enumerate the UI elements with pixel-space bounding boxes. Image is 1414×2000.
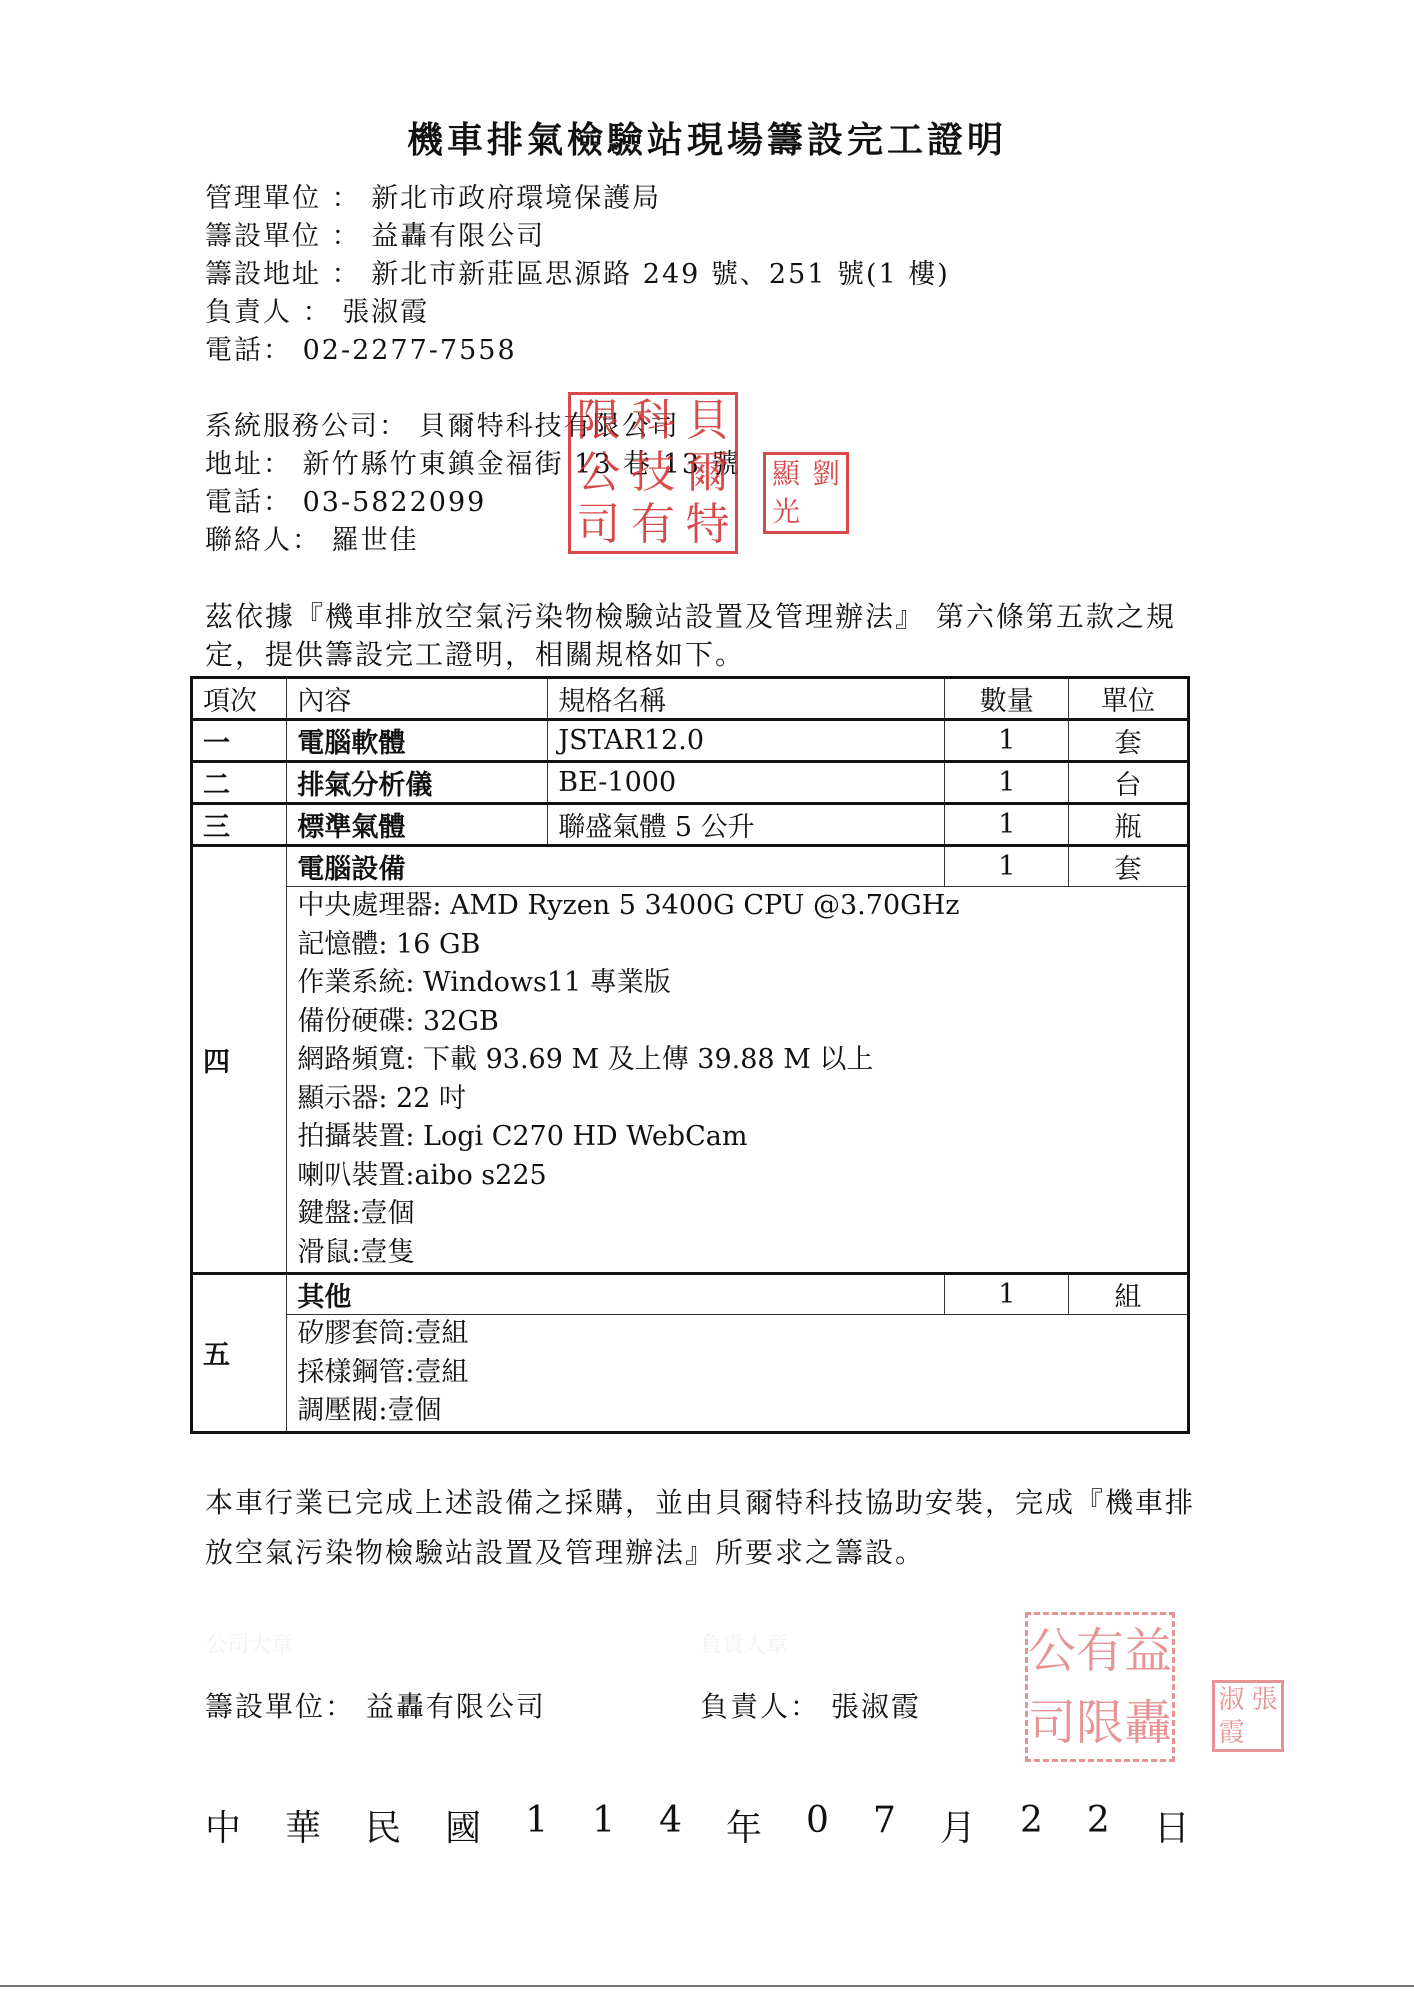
header-unit: 單位 [1069, 678, 1189, 720]
info-person-in-charge: 負責人 ： 張淑霞 [205, 294, 950, 332]
table-row: 五 其他 1 組 [192, 1274, 1189, 1315]
service-company-seal: 限 科 貝 公 技 爾 司 有 特 [568, 392, 738, 554]
closing-paragraph: 本車行業已完成上述設備之採購，並由貝爾特科技協助安裝，完成『機車排放空氣污染物檢… [205, 1478, 1205, 1578]
issue-date: 中 華 民 國 1 1 4 年 0 7 月 2 2 日 [205, 1800, 1190, 1851]
table-row: 四 電腦設備 1 套 [192, 846, 1189, 887]
signature-setup-unit: 籌設單位： 益轟有限公司 [205, 1685, 546, 1725]
document-title: 機車排氣檢驗站現場籌設完工證明 [0, 112, 1414, 163]
station-company-seal: 公 有 益 司 限 轟 [1025, 1612, 1175, 1762]
info-management-unit: 管理單位 ： 新北市政府環境保護局 [205, 180, 950, 218]
table-row: 二 排氣分析儀 BE-1000 1 台 [192, 762, 1189, 804]
other-details: 矽膠套筒:壹組 採樣鋼管:壹組 調壓閥:壹個 [287, 1315, 1189, 1433]
signature-person-in-charge: 負責人： 張淑霞 [700, 1685, 921, 1725]
info-setup-unit: 籌設單位 ： 益轟有限公司 [205, 218, 950, 256]
table-row: 三 標準氣體 聯盛氣體 5 公升 1 瓶 [192, 804, 1189, 846]
computer-details-row: 中央處理器: AMD Ryzen 5 3400G CPU @3.70GHz 記憶… [192, 887, 1189, 1274]
intro-paragraph: 茲依據『機車排放空氣污染物檢驗站設置及管理辦法』 第六條第五款之規定，提供籌設完… [205, 598, 1195, 674]
header-spec: 規格名稱 [548, 678, 945, 720]
header-qty: 數量 [945, 678, 1069, 720]
table-row: 一 電腦軟體 JSTAR12.0 1 套 [192, 720, 1189, 762]
footer-divider [0, 1985, 1414, 1987]
info-phone: 電話： 02-2277-7558 [205, 332, 950, 370]
header-content: 內容 [287, 678, 548, 720]
ghost-company-seal-label: 公司大章 [205, 1628, 293, 1659]
spec-table: 項次 內容 規格名稱 數量 單位 一 電腦軟體 JSTAR12.0 1 套 二 … [190, 676, 1190, 1434]
other-details-row: 矽膠套筒:壹組 採樣鋼管:壹組 調壓閥:壹個 [192, 1315, 1189, 1433]
computer-details: 中央處理器: AMD Ryzen 5 3400G CPU @3.70GHz 記憶… [287, 887, 1189, 1274]
station-info: 管理單位 ： 新北市政府環境保護局 籌設單位 ： 益轟有限公司 籌設地址 ： 新… [205, 180, 950, 370]
table-header-row: 項次 內容 規格名稱 數量 單位 [192, 678, 1189, 720]
service-person-seal: 顯 劉 光 [763, 452, 849, 534]
header-idx: 項次 [192, 678, 287, 720]
station-person-seal: 淑 張 霞 [1212, 1680, 1284, 1752]
info-setup-address: 籌設地址 ： 新北市新莊區思源路 249 號、251 號(1 樓) [205, 256, 950, 294]
ghost-person-seal-label: 負責人章 [700, 1628, 788, 1659]
